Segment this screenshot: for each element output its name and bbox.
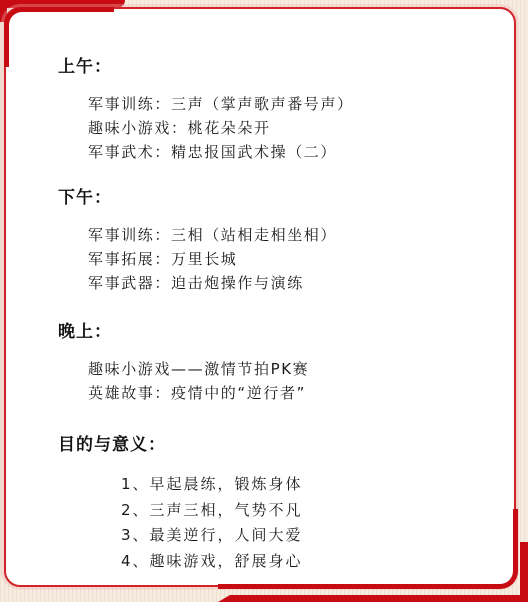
list-item: 趣味小游戏——激情节拍PK赛: [88, 357, 309, 381]
list-item: 军事训练：三相（站相走相坐相）: [88, 223, 337, 247]
section-afternoon: 下午： 军事训练：三相（站相走相坐相） 军事拓展：万里长城 军事武器：迫击炮操作…: [58, 187, 337, 295]
afternoon-activity-list: 军事训练：三相（站相走相坐相） 军事拓展：万里长城 军事武器：迫击炮操作与演练: [58, 223, 337, 295]
section-evening: 晚上： 趣味小游戏——激情节拍PK赛 英雄故事：疫情中的“逆行者”: [58, 321, 309, 405]
list-item: 1、早起晨练，锻炼身体: [121, 472, 303, 498]
decorative-red-band-bottom-right: [218, 595, 528, 602]
section-title-morning: 上午：: [58, 56, 354, 78]
section-purpose: 目的与意义： 1、早起晨练，锻炼身体 2、三声三相，气势不凡 3、最美逆行，人间…: [58, 434, 303, 574]
list-item: 趣味小游戏：桃花朵朵开: [88, 116, 354, 140]
section-title-purpose: 目的与意义：: [58, 434, 303, 456]
list-item: 军事拓展：万里长城: [88, 247, 337, 271]
section-morning: 上午： 军事训练：三声（掌声歌声番号声） 趣味小游戏：桃花朵朵开 军事武术：精忠…: [58, 56, 354, 164]
list-item: 英雄故事：疫情中的“逆行者”: [88, 381, 309, 405]
list-item: 3、最美逆行，人间大爱: [121, 523, 303, 549]
list-item: 军事武术：精忠报国武术操（二）: [88, 140, 354, 164]
list-item: 军事训练：三声（掌声歌声番号声）: [88, 92, 354, 116]
purpose-list: 1、早起晨练，锻炼身体 2、三声三相，气势不凡 3、最美逆行，人间大爱 4、趣味…: [58, 472, 303, 574]
evening-activity-list: 趣味小游戏——激情节拍PK赛 英雄故事：疫情中的“逆行者”: [58, 357, 309, 405]
morning-activity-list: 军事训练：三声（掌声歌声番号声） 趣味小游戏：桃花朵朵开 军事武术：精忠报国武术…: [58, 92, 354, 164]
list-item: 2、三声三相，气势不凡: [121, 498, 303, 524]
decorative-red-band-right: [520, 542, 528, 602]
list-item: 军事武器：迫击炮操作与演练: [88, 271, 337, 295]
list-item: 4、趣味游戏，舒展身心: [121, 549, 303, 575]
section-title-evening: 晚上：: [58, 321, 309, 343]
section-title-afternoon: 下午：: [58, 187, 337, 209]
